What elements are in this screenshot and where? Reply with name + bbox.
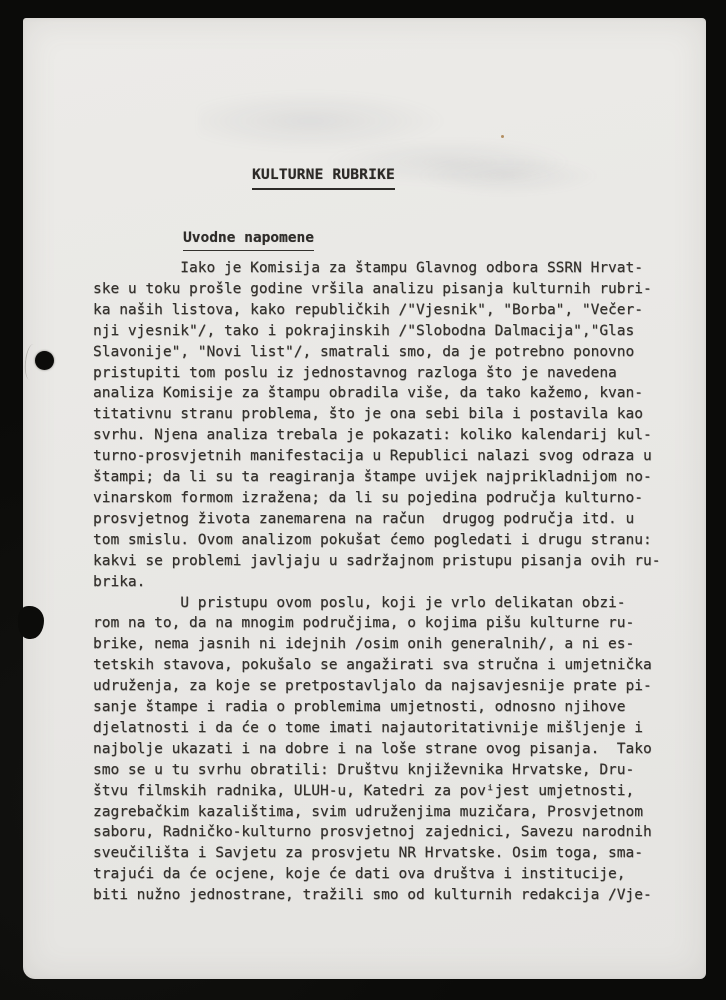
body-line: U pristupu ovom poslu, koji je vrlo deli…	[93, 593, 660, 614]
punch-hole-bottom	[18, 606, 44, 639]
section-heading: Uvodne napomene	[183, 228, 314, 251]
body-line: svrhu. Njena analiza trebala je pokazati…	[93, 425, 660, 446]
body-line: sveučilišta i Savjetu za prosvjetu NR Hr…	[93, 843, 660, 864]
document-body: Iako je Komisija za štampu Glavnog odbor…	[93, 258, 660, 906]
body-line: sanje štampe i radia o problemima umjetn…	[93, 697, 660, 718]
body-line: Slavonije", "Novi list"/, smatrali smo, …	[93, 342, 660, 363]
body-line: tetskih stavova, pokušalo se angažirati …	[93, 655, 660, 676]
document-title: KULTURNE RUBRIKE	[252, 165, 395, 190]
ghost-print-stain	[418, 156, 598, 196]
body-line: djelatnosti i da će o tome imati najauto…	[93, 718, 660, 739]
body-line: Iako je Komisija za štampu Glavnog odbor…	[93, 258, 660, 279]
body-line: vinarskom formom izražena; da li su poje…	[93, 488, 660, 509]
body-line: prosvjetnog života zanemarena na račun d…	[93, 509, 660, 530]
body-line: analiza Komisije za štampu obradila više…	[93, 383, 660, 404]
paper-sheet: KULTURNE RUBRIKE Uvodne napomene Iako je…	[23, 18, 706, 979]
body-line: ka naših listova, kako republičkih /"Vje…	[93, 300, 660, 321]
body-line: udruženja, za koje se pretpostavljalo da…	[93, 676, 660, 697]
body-line: najbolje ukazati i na dobre i na loše st…	[93, 739, 660, 760]
scan-background: KULTURNE RUBRIKE Uvodne napomene Iako je…	[0, 0, 726, 1000]
punch-hole-top	[35, 351, 54, 370]
body-line: nji vjesnik"/, tako i pokrajinskih /"Slo…	[93, 321, 660, 342]
body-line: brika.	[93, 572, 660, 593]
body-line: tom smislu. Ovom analizom pokušat ćemo p…	[93, 530, 660, 551]
body-line: štampi; da li su ta reagiranja štampe uv…	[93, 467, 660, 488]
body-line: biti nužno jednostrane, tražili smo od k…	[93, 885, 660, 906]
body-line: brike, nema jasnih ni idejnih /osim onih…	[93, 634, 660, 655]
body-line: titativnu stranu problema, što je ona se…	[93, 404, 660, 425]
body-line: rom na to, da na mnogim područjima, o ko…	[93, 613, 660, 634]
body-line: trajući da će ocjene, koje će dati ova d…	[93, 864, 660, 885]
body-line: saboru, Radničko-kulturno prosvjetnoj za…	[93, 822, 660, 843]
body-line: turno-prosvjetnih manifestacija u Republ…	[93, 446, 660, 467]
body-line: smo se u tu svrhu obratili: Društvu knji…	[93, 760, 660, 781]
body-line: kakvi se problemi javljaju u sadržajnom …	[93, 551, 660, 572]
body-line: zagrebačkim kazalištima, svim udruženjim…	[93, 802, 660, 823]
body-line: pristupiti tom poslu iz jednostavnog raz…	[93, 363, 660, 384]
body-line: štvu filmskih radnika, ULUH-u, Katedri z…	[93, 781, 660, 802]
body-line: ske u toku prošle godine vršila analizu …	[93, 279, 660, 300]
rust-speck	[501, 135, 504, 138]
